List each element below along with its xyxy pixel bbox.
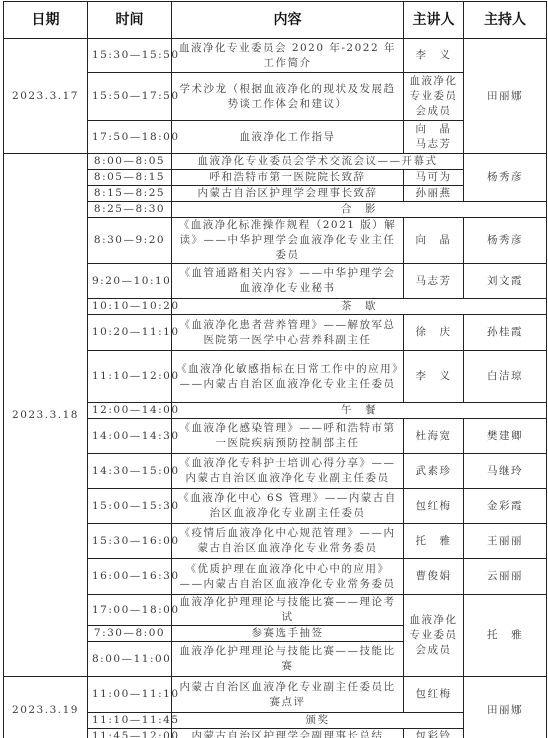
speaker-cell: 徐 庆 <box>404 315 464 351</box>
speaker-cell: 曹俊娟 <box>404 559 464 595</box>
speaker-cell: 包红梅 <box>404 489 464 524</box>
time-cell: 8:05—8:15 <box>88 170 172 186</box>
content-cell: 参赛选手抽签 <box>172 626 404 642</box>
time-cell: 15:30—16:00 <box>88 524 172 559</box>
header-time: 时间 <box>88 2 172 39</box>
header-row: 日期 时间 内容 主讲人 主持人 <box>4 2 547 39</box>
content-cell: 《优质护理在血液净化中心中的应用》——内蒙古自治区血液净化专业常务委员 <box>172 559 404 595</box>
speaker-cell: 向 晶 马志芳 <box>404 121 464 154</box>
host-cell: 王丽丽 <box>464 524 547 559</box>
date-cell: 2023.3.18 <box>4 154 88 677</box>
time-cell: 8:00—8:05 <box>88 154 172 170</box>
content-cell: 《血液净化患者营养管理》——解放军总医院第一医学中心营养科副主任 <box>172 315 404 351</box>
time-cell: 11:00—11:10 <box>88 677 172 713</box>
host-cell: 杨秀彦 <box>464 154 547 202</box>
content-cell: 《血液净化中心 6S 管理》——内蒙古自治区血液净化专业副主任委员 <box>172 489 404 524</box>
host-cell: 马继玲 <box>464 454 547 489</box>
content-cell: 血液净化专业委员会学术交流会议——开幕式 <box>172 154 464 170</box>
header-content: 内容 <box>172 2 404 39</box>
content-cell: 《血液净化专科护士培训心得分享》——内蒙古自治区血液净化专业副主任委员 <box>172 454 404 489</box>
time-cell: 16:00—16:30 <box>88 559 172 595</box>
break-cell: 午 餐 <box>172 403 547 419</box>
content-cell: 《血液净化标准操作规程（2021 版）解读》——中华护理学会血液净化专业主任委员 <box>172 218 404 264</box>
content-cell: 《血管通路相关内容》——中华护理学会血液净化专业秘书 <box>172 264 404 299</box>
time-cell: 17:00—18:00 <box>88 595 172 626</box>
break-cell: 茶 歇 <box>172 299 547 315</box>
header-date: 日期 <box>4 2 88 39</box>
content-cell: 内蒙古自治区护理学会理事长致辞 <box>172 186 404 202</box>
speaker-cell: 马可为 <box>404 170 464 186</box>
speaker-cell: 李 义 <box>404 39 464 73</box>
content-cell: 颁奖 <box>172 713 464 729</box>
time-cell: 11:45—12:00 <box>88 729 172 738</box>
content-cell: 《血液净化感染管理》——呼和浩特市第一医院疾病预防控制部主任 <box>172 419 404 454</box>
speaker-cell: 孙丽燕 <box>404 186 464 202</box>
time-cell: 11:10—12:00 <box>88 351 172 403</box>
speaker-cell: 托 雅 <box>404 524 464 559</box>
speaker-cell: 杜海宽 <box>404 419 464 454</box>
header-speaker: 主讲人 <box>404 2 464 39</box>
date-cell: 2023.3.17 <box>4 39 88 154</box>
speaker-cell: 包彩铃 <box>404 729 464 738</box>
content-cell: 呼和浩特市第一医院院长致辞 <box>172 170 404 186</box>
conference-schedule-table: 日期 时间 内容 主讲人 主持人 2023.3.17 15:30—15:50 血… <box>3 1 547 738</box>
time-cell: 8:00—11:00 <box>88 642 172 677</box>
time-cell: 9:20—10:10 <box>88 264 172 299</box>
content-cell: 血液净化工作指导 <box>172 121 404 154</box>
content-cell: 《疫情后血液净化中心规范管理》——内蒙古自治区血液净化专业常务委员 <box>172 524 404 559</box>
content-cell: 学术沙龙（根据血液净化的现状及发展趋势谈工作体会和建议） <box>172 73 404 121</box>
host-cell: 金彩霞 <box>464 489 547 524</box>
host-cell: 田丽娜 <box>464 677 547 738</box>
time-cell: 15:30—15:50 <box>88 39 172 73</box>
content-cell: 血液净化专业委员会 2020 年-2022 年工作简介 <box>172 39 404 73</box>
time-cell: 15:50—17:50 <box>88 73 172 121</box>
table-row: 2023.3.18 8:00—8:05 血液净化专业委员会学术交流会议——开幕式… <box>4 154 547 170</box>
time-cell: 17:50—18:00 <box>88 121 172 154</box>
host-cell: 杨秀彦 <box>464 218 547 264</box>
host-cell: 樊建卿 <box>464 419 547 454</box>
time-cell: 10:10—10:20 <box>88 299 172 315</box>
host-cell: 田丽娜 <box>464 39 547 154</box>
speaker-cell: 武素珍 <box>404 454 464 489</box>
time-cell: 7:30—8:00 <box>88 626 172 642</box>
host-cell: 刘文霞 <box>464 264 547 299</box>
time-cell: 14:30—15:00 <box>88 454 172 489</box>
header-host: 主持人 <box>464 2 547 39</box>
speaker-cell: 李 义 <box>404 351 464 403</box>
speaker-cell: 血液净化专业委员会成员 <box>404 73 464 121</box>
table-row: 2023.3.17 15:30—15:50 血液净化专业委员会 2020 年-2… <box>4 39 547 73</box>
time-cell: 8:15—8:25 <box>88 186 172 202</box>
content-cell: 血液净化护理理论与技能比赛——理论考试 <box>172 595 404 626</box>
host-cell: 云丽丽 <box>464 559 547 595</box>
content-cell: 内蒙古自治区血液净化专业副主任委员比赛点评 <box>172 677 404 713</box>
time-cell: 15:00—15:30 <box>88 489 172 524</box>
table-row: 2023.3.19 11:00—11:10 内蒙古自治区血液净化专业副主任委员比… <box>4 677 547 713</box>
break-cell: 合 影 <box>172 202 547 218</box>
speaker-cell: 马志芳 <box>404 264 464 299</box>
content-cell: 《血液净化敏感指标在日常工作中的应用》——内蒙古自治区血液净化专业主任委员 <box>172 351 404 403</box>
time-cell: 8:30—9:20 <box>88 218 172 264</box>
speaker-cell: 包红梅 <box>404 677 464 713</box>
date-cell: 2023.3.19 <box>4 677 88 738</box>
host-cell: 孙桂霞 <box>464 315 547 351</box>
host-cell: 白洁琼 <box>464 351 547 403</box>
time-cell: 10:20—11:10 <box>88 315 172 351</box>
host-cell: 托 雅 <box>464 595 547 677</box>
speaker-cell: 血液净化专业委员会成员 <box>404 595 464 677</box>
speaker-cell: 向 晶 <box>404 218 464 264</box>
time-cell: 8:25—8:30 <box>88 202 172 218</box>
time-cell: 11:10—11:45 <box>88 713 172 729</box>
content-cell: 内蒙古自治区护理学会副理事长总结 <box>172 729 404 738</box>
time-cell: 12:00—14:00 <box>88 403 172 419</box>
content-cell: 血液净化护理理论与技能比赛——技能比赛 <box>172 642 404 677</box>
time-cell: 14:00—14:30 <box>88 419 172 454</box>
